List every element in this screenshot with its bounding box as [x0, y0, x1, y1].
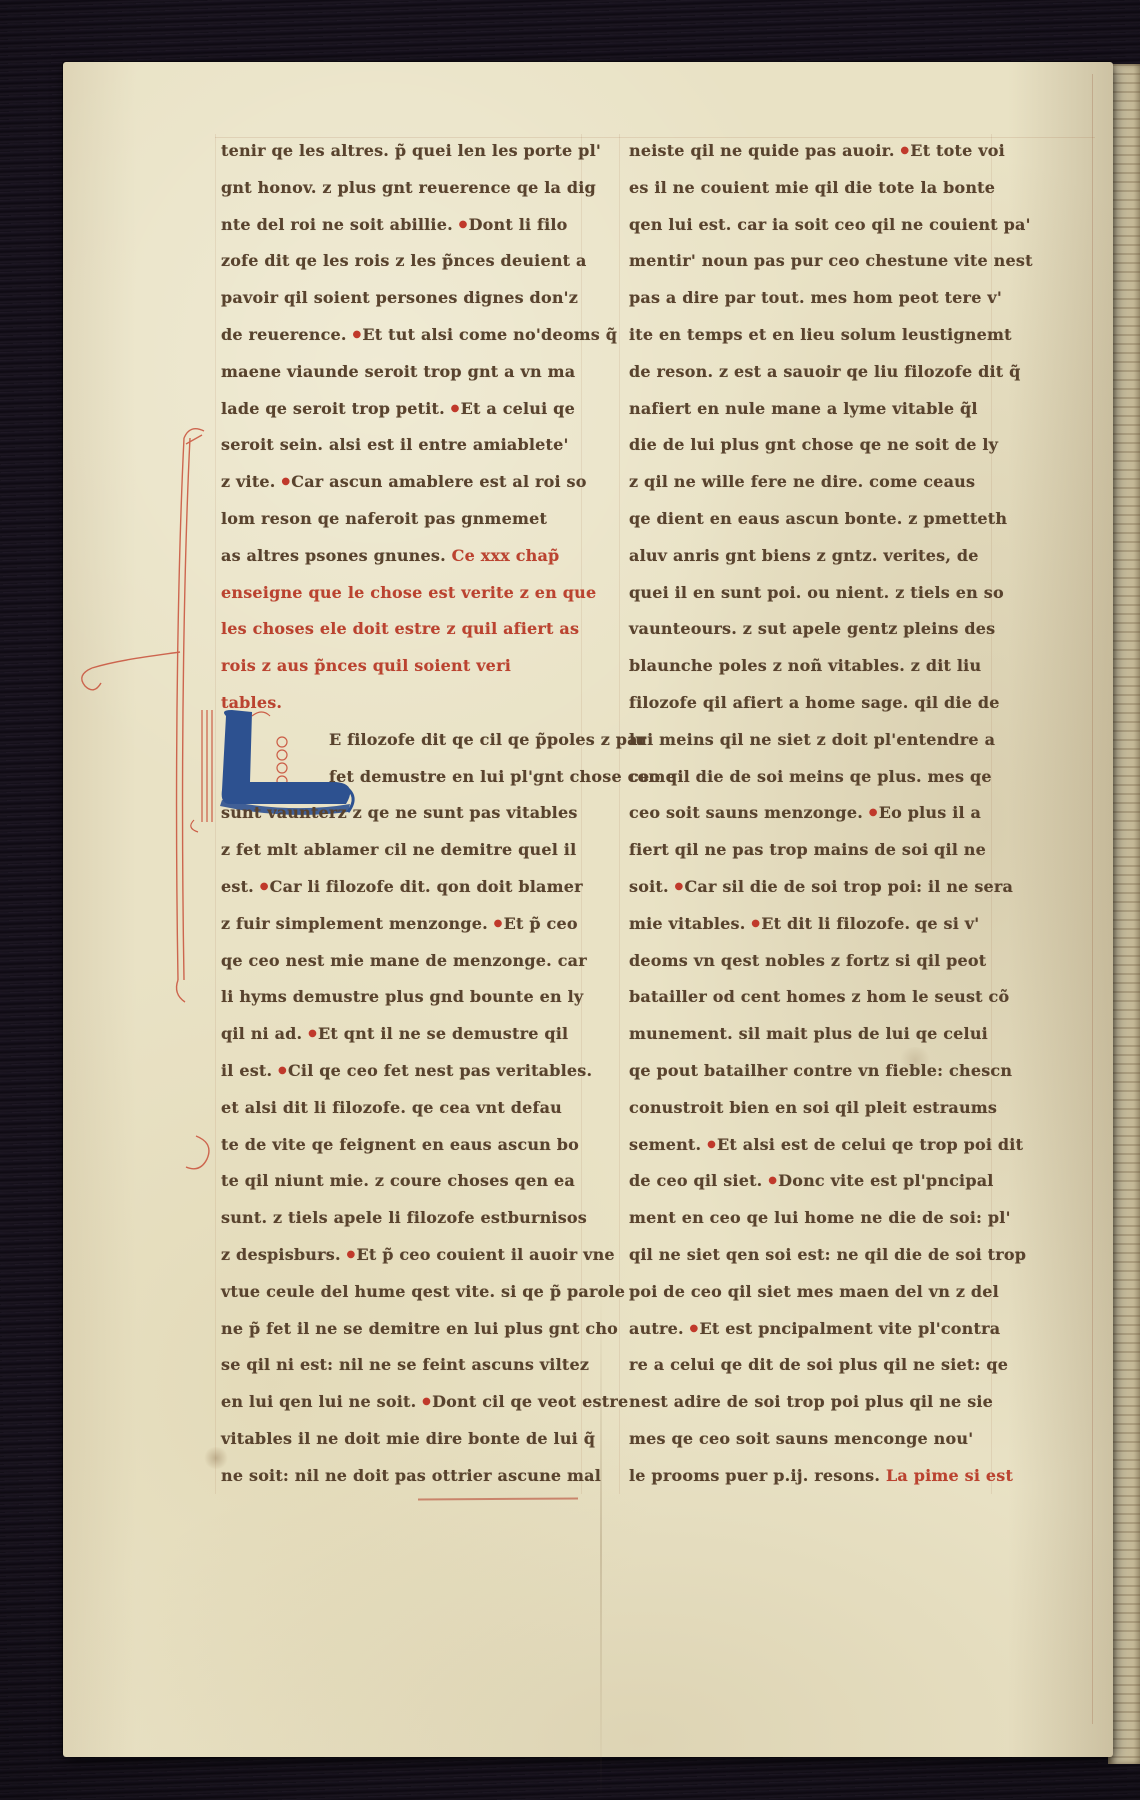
body-text: Et est pncipalment vite pl'contra [699, 1319, 1000, 1338]
manuscript-line: filozofe qil afiert a home sage. qil die… [629, 685, 997, 722]
manuscript-photo: tenir qe les altres. p̃ quei len les por… [0, 0, 1140, 1800]
manuscript-line: en lui qen lui ne soit. ●Dont cil qe veo… [221, 1384, 589, 1421]
body-text: qe dient en eaus ascun bonte. z pmetteth [629, 509, 1007, 528]
body-text: vitables il ne doit mie dire bonte de lu… [221, 1429, 595, 1448]
body-text: z vite. [221, 472, 281, 491]
red-paragraph-mark: ● [768, 1175, 777, 1186]
red-paragraph-mark: ● [278, 1065, 287, 1076]
manuscript-line: pavoir qil soient persones dignes don'z [221, 280, 589, 317]
body-text: quei il en sunt poi. ou nient. z tiels e… [629, 583, 1004, 602]
manuscript-line: qen lui est. car ia soit ceo qil ne coui… [629, 207, 997, 244]
page-crease [600, 1292, 602, 1800]
body-text: ne p̃ fet il ne se demitre en lui plus g… [221, 1319, 618, 1338]
body-text: qe pout batailher contre vn fieble: ches… [629, 1061, 1012, 1080]
body-text: ment en ceo qe lui home ne die de soi: p… [629, 1208, 1011, 1227]
body-text: le prooms puer p.ij. resons. [629, 1466, 886, 1485]
body-text: die de lui plus gnt chose qe ne soit de … [629, 435, 998, 454]
manuscript-line: mie vitables. ●Et dit li filozofe. qe si… [629, 906, 997, 943]
manuscript-line: mes qe ceo soit sauns menconge nou' [629, 1421, 997, 1458]
body-text: de reuerence. [221, 325, 352, 344]
body-text: est. [221, 877, 260, 896]
manuscript-line: qil ni ad. ●Et qnt il ne se demustre qil [221, 1016, 589, 1053]
body-text: neiste qil ne quide pas auoir. [629, 141, 900, 160]
body-text: vaunteours. z sut apele gentz pleins des [629, 619, 995, 638]
manuscript-line: lom reson qe naferoit pas gnmemet [221, 501, 589, 538]
body-text: z qil ne wille fere ne dire. come ceaus [629, 472, 975, 491]
red-paragraph-mark: ● [675, 881, 684, 892]
body-text: Et alsi est de celui qe trop poi dit [717, 1135, 1023, 1154]
manuscript-line: E filozofe dit qe cil qe p̃poles z par [221, 722, 589, 759]
manuscript-line: le prooms puer p.ij. resons. La pime si … [629, 1458, 997, 1495]
manuscript-line: pas a dire par tout. mes hom peot tere v… [629, 280, 997, 317]
body-text: maene viaunde seroit trop gnt a vn ma [221, 362, 575, 381]
red-paragraph-mark: ● [900, 145, 909, 156]
body-text: munement. sil mait plus de lui qe celui [629, 1024, 988, 1043]
body-text: Et tut alsi come no'deoms q̃ [362, 325, 617, 344]
body-text: as altres psones gnunes. [221, 546, 452, 565]
manuscript-line: soit. ●Car sil die de soi trop poi: il n… [629, 869, 997, 906]
body-text: aluv anris gnt biens z gntz. verites, de [629, 546, 979, 565]
red-paragraph-mark: ● [260, 881, 269, 892]
manuscript-line: vaunteours. z sut apele gentz pleins des [629, 611, 997, 648]
red-paragraph-mark: ● [451, 403, 460, 414]
manuscript-line: neiste qil ne quide pas auoir. ●Et tote … [629, 133, 997, 170]
manuscript-line: mentir' noun pas pur ceo chestune vite n… [629, 243, 997, 280]
rubric-text: les choses ele doit estre z quil afiert … [221, 619, 579, 638]
manuscript-line: zofe dit qe les rois z les p̃nces deuien… [221, 243, 589, 280]
body-text: Car sil die de soi trop poi: il ne sera [684, 877, 1013, 896]
manuscript-line: gnt honov. z plus gnt reuerence qe la di… [221, 170, 589, 207]
manuscript-line: fet demustre en lui pl'gnt chose come [221, 759, 589, 796]
body-text: sement. [629, 1135, 707, 1154]
manuscript-line: qe dient en eaus ascun bonte. z pmetteth [629, 501, 997, 538]
manuscript-line: lade qe seroit trop petit. ●Et a celui q… [221, 391, 589, 428]
manuscript-line: batailler od cent homes z hom le seust c… [629, 979, 997, 1016]
body-text: te de vite qe feignent en eaus ascun bo [221, 1135, 579, 1154]
body-text: pavoir qil soient persones dignes don'z [221, 288, 578, 307]
body-text: ne soit: nil ne doit pas ottrier ascune … [221, 1466, 601, 1485]
body-text: nte del roi ne soit abillie. [221, 215, 459, 234]
manuscript-line: aluv anris gnt biens z gntz. verites, de [629, 538, 997, 575]
body-text: de reson. z est a sauoir qe liu filozofe… [629, 362, 1021, 381]
body-text: fiert qil ne pas trop mains de soi qil n… [629, 840, 986, 859]
manuscript-line: ceo soit sauns menzonge. ●Eo plus il a [629, 795, 997, 832]
manuscript-line: quei il en sunt poi. ou nient. z tiels e… [629, 575, 997, 612]
manuscript-line: enseigne que le chose est verite z en qu… [221, 575, 589, 612]
rubric-text: tables. [221, 693, 282, 712]
manuscript-line: est. ●Car li filozofe dit. qon doit blam… [221, 869, 589, 906]
body-text: sunt vaunterz z qe ne sunt pas vitables [221, 803, 578, 822]
red-paragraph-mark: ● [751, 918, 760, 929]
rubric-text: La pime si est [886, 1466, 1013, 1485]
body-text: Et tote voi [910, 141, 1005, 160]
body-text: mie vitables. [629, 914, 751, 933]
rubric-text: enseigne que le chose est verite z en qu… [221, 583, 596, 602]
body-text: Et p̃ ceo couient il auoir vne [356, 1245, 614, 1264]
manuscript-line: autre. ●Et est pncipalment vite pl'contr… [629, 1311, 997, 1348]
body-text: il est. [221, 1061, 278, 1080]
red-paragraph-mark: ● [869, 807, 878, 818]
body-text: Dont li filo [469, 215, 568, 234]
body-text: sunt. z tiels apele li filozofe estburni… [221, 1208, 587, 1227]
manuscript-line: rois z aus p̃nces quil soient veri [221, 648, 589, 685]
body-text: re a celui qe dit de soi plus qil ne sie… [629, 1355, 1008, 1374]
body-text: Et a celui qe [461, 399, 575, 418]
text-column-left: tenir qe les altres. p̃ quei len les por… [221, 133, 589, 1494]
body-text: vtue ceule del hume qest vite. si qe p̃ … [221, 1282, 625, 1301]
manuscript-line: die de lui plus gnt chose qe ne soit de … [629, 427, 997, 464]
manuscript-line: poi de ceo qil siet mes maen del vn z de… [629, 1274, 997, 1311]
manuscript-line: es il ne couient mie qil die tote la bon… [629, 170, 997, 207]
manuscript-line: sunt. z tiels apele li filozofe estburni… [221, 1200, 589, 1237]
body-text: Et dit li filozofe. qe si v' [761, 914, 979, 933]
body-text: lade qe seroit trop petit. [221, 399, 451, 418]
body-text: Dont cil qe veot estre [432, 1392, 628, 1411]
body-text: zofe dit qe les rois z les p̃nces deuien… [221, 251, 587, 270]
body-text: soit. [629, 877, 675, 896]
body-text: seroit sein. alsi est il entre amiablete… [221, 435, 569, 454]
red-paragraph-mark: ● [352, 329, 361, 340]
body-text: li hyms demustre plus gnd bounte en ly [221, 987, 583, 1006]
body-text: deoms vn qest nobles z fortz si qil peot [629, 951, 986, 970]
manuscript-line: blaunche poles z noñ vitables. z dit li… [629, 648, 997, 685]
body-text: blaunche poles z noñ vitables. z dit li… [629, 656, 981, 675]
manuscript-line: ceo qil die de soi meins qe plus. mes qe [629, 759, 997, 796]
manuscript-line: de reson. z est a sauoir qe liu filozofe… [629, 354, 997, 391]
red-paragraph-mark: ● [459, 219, 468, 230]
body-text: autre. [629, 1319, 690, 1338]
body-text: mentir' noun pas pur ceo chestune vite n… [629, 251, 1033, 270]
body-text: lom reson qe naferoit pas gnmemet [221, 509, 547, 528]
body-text: tenir qe les altres. p̃ quei len les por… [221, 141, 601, 160]
manuscript-line: de ceo qil siet. ●Donc vite est pl'pncip… [629, 1163, 997, 1200]
manuscript-line: z qil ne wille fere ne dire. come ceaus [629, 464, 997, 501]
manuscript-line: z despisburs. ●Et p̃ ceo couient il auoi… [221, 1237, 589, 1274]
rubric-text: rois z aus p̃nces quil soient veri [221, 656, 511, 675]
body-text: Cil qe ceo fet nest pas veritables. [288, 1061, 592, 1080]
body-text: et alsi dit li filozofe. qe cea vnt defa… [221, 1098, 562, 1117]
body-text: filozofe qil afiert a home sage. qil die… [629, 693, 1000, 712]
manuscript-line: re a celui qe dit de soi plus qil ne sie… [629, 1347, 997, 1384]
body-text: fet demustre en lui pl'gnt chose come [329, 767, 676, 786]
red-paragraph-mark: ● [281, 476, 290, 487]
body-text: conustroit bien en soi qil pleit estraum… [629, 1098, 997, 1117]
red-paragraph-mark: ● [422, 1396, 431, 1407]
body-text: z fet mlt ablamer cil ne demitre quel il [221, 840, 576, 859]
body-text: te qil niunt mie. z coure choses qen ea [221, 1171, 575, 1190]
body-text: se qil ni est: nil ne se feint ascuns vi… [221, 1355, 589, 1374]
manuscript-line: li hyms demustre plus gnd bounte en ly [221, 979, 589, 1016]
text-column-right: neiste qil ne quide pas auoir. ●Et tote … [629, 133, 997, 1494]
manuscript-line: il est. ●Cil qe ceo fet nest pas veritab… [221, 1053, 589, 1090]
body-text: pas a dire par tout. mes hom peot tere v… [629, 288, 1002, 307]
manuscript-line: les choses ele doit estre z quil afiert … [221, 611, 589, 648]
body-text: Eo plus il a [879, 803, 981, 822]
manuscript-line: nte del roi ne soit abillie. ●Dont li fi… [221, 207, 589, 244]
manuscript-line: fiert qil ne pas trop mains de soi qil n… [629, 832, 997, 869]
body-text: qen lui est. car ia soit ceo qil ne coui… [629, 215, 1031, 234]
manuscript-line: ment en ceo qe lui home ne die de soi: p… [629, 1200, 997, 1237]
manuscript-line: nafiert en nule mane a lyme vitable q̃l [629, 391, 997, 428]
body-text: z despisburs. [221, 1245, 347, 1264]
manuscript-line: tenir qe les altres. p̃ quei len les por… [221, 133, 589, 170]
manuscript-line: maene viaunde seroit trop gnt a vn ma [221, 354, 589, 391]
manuscript-line: conustroit bien en soi qil pleit estraum… [629, 1090, 997, 1127]
manuscript-line: ne soit: nil ne doit pas ottrier ascune … [221, 1458, 589, 1495]
manuscript-line: as altres psones gnunes. Ce xxx chap̃ [221, 538, 589, 575]
body-text: ceo qil die de soi meins qe plus. mes qe [629, 767, 992, 786]
manuscript-line: qe ceo nest mie mane de menzonge. car [221, 943, 589, 980]
red-paragraph-mark: ● [308, 1028, 317, 1039]
body-text: z fuir simplement menzonge. [221, 914, 494, 933]
manuscript-line: qil ne siet qen soi est: ne qil die de s… [629, 1237, 997, 1274]
manuscript-line: deoms vn qest nobles z fortz si qil peot [629, 943, 997, 980]
body-text: ite en temps et en lieu solum leustignem… [629, 325, 1012, 344]
body-text: E filozofe dit qe cil qe p̃poles z par [329, 730, 646, 749]
manuscript-line: te de vite qe feignent en eaus ascun bo [221, 1127, 589, 1164]
body-text: en lui qen lui ne soit. [221, 1392, 422, 1411]
rubric-text: Ce xxx chap̃ [452, 546, 560, 565]
manuscript-line: et alsi dit li filozofe. qe cea vnt defa… [221, 1090, 589, 1127]
manuscript-line: se qil ni est: nil ne se feint ascuns vi… [221, 1347, 589, 1384]
body-text: Car li filozofe dit. qon doit blamer [270, 877, 583, 896]
manuscript-line: z fet mlt ablamer cil ne demitre quel il [221, 832, 589, 869]
manuscript-line: nest adire de soi trop poi plus qil ne s… [629, 1384, 997, 1421]
manuscript-line: de reuerence. ●Et tut alsi come no'deoms… [221, 317, 589, 354]
manuscript-line: tables. [221, 685, 589, 722]
body-text: qil ne siet qen soi est: ne qil die de s… [629, 1245, 1026, 1264]
body-text: poi de ceo qil siet mes maen del vn z de… [629, 1282, 999, 1301]
manuscript-line: ite en temps et en lieu solum leustignem… [629, 317, 997, 354]
manuscript-line: vtue ceule del hume qest vite. si qe p̃ … [221, 1274, 589, 1311]
red-paragraph-mark: ● [347, 1249, 356, 1260]
red-paragraph-mark: ● [494, 918, 503, 929]
body-text: lui meins qil ne siet z doit pl'entendre… [629, 730, 995, 749]
manuscript-line: z vite. ●Car ascun amablere est al roi s… [221, 464, 589, 501]
body-text: qe ceo nest mie mane de menzonge. car [221, 951, 587, 970]
manuscript-line: munement. sil mait plus de lui qe celui [629, 1016, 997, 1053]
body-text: Et p̃ ceo [504, 914, 578, 933]
body-text: Donc vite est pl'pncipal [778, 1171, 993, 1190]
ruling-line [1092, 74, 1093, 1724]
red-paragraph-mark: ● [690, 1323, 699, 1334]
manuscript-line: vitables il ne doit mie dire bonte de lu… [221, 1421, 589, 1458]
body-text: mes qe ceo soit sauns menconge nou' [629, 1429, 973, 1448]
manuscript-line: z fuir simplement menzonge. ●Et p̃ ceo [221, 906, 589, 943]
manuscript-line: te qil niunt mie. z coure choses qen ea [221, 1163, 589, 1200]
body-text: gnt honov. z plus gnt reuerence qe la di… [221, 178, 596, 197]
manuscript-line: seroit sein. alsi est il entre amiablete… [221, 427, 589, 464]
body-text: nafiert en nule mane a lyme vitable q̃l [629, 399, 978, 418]
body-text: batailler od cent homes z hom le seust c… [629, 987, 1009, 1006]
manuscript-line: lui meins qil ne siet z doit pl'entendre… [629, 722, 997, 759]
body-text: Car ascun amablere est al roi so [291, 472, 586, 491]
body-text: qil ni ad. [221, 1024, 308, 1043]
red-paragraph-mark: ● [707, 1139, 716, 1150]
manuscript-line: sement. ●Et alsi est de celui qe trop po… [629, 1127, 997, 1164]
manuscript-line: qe pout batailher contre vn fieble: ches… [629, 1053, 997, 1090]
manuscript-line: sunt vaunterz z qe ne sunt pas vitables [221, 795, 589, 832]
body-text: ceo soit sauns menzonge. [629, 803, 869, 822]
body-text: es il ne couient mie qil die tote la bon… [629, 178, 995, 197]
body-text: nest adire de soi trop poi plus qil ne s… [629, 1392, 993, 1411]
manuscript-line: ne p̃ fet il ne se demitre en lui plus g… [221, 1311, 589, 1348]
body-text: Et qnt il ne se demustre qil [318, 1024, 568, 1043]
body-text: de ceo qil siet. [629, 1171, 768, 1190]
